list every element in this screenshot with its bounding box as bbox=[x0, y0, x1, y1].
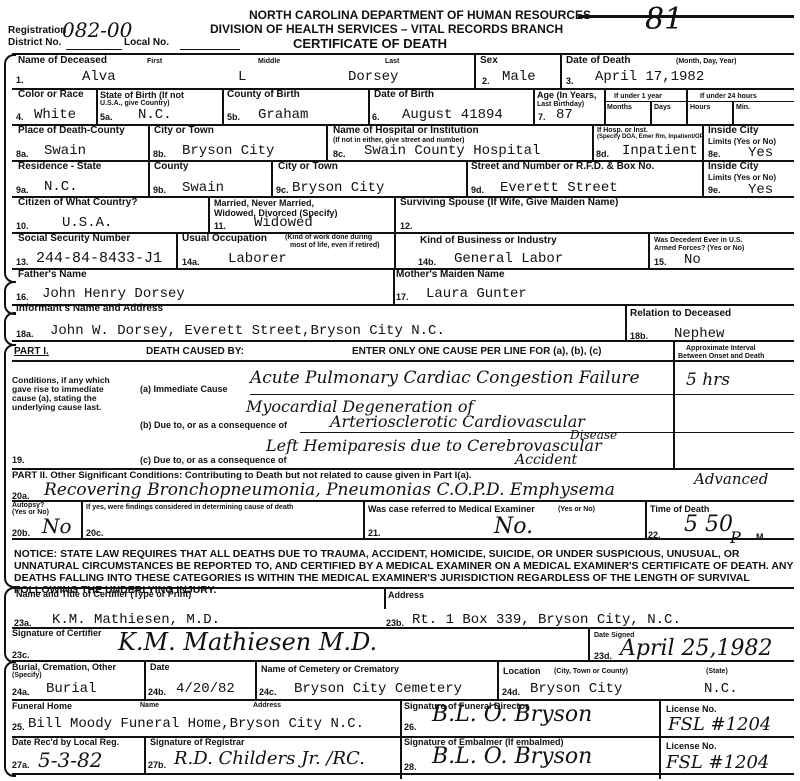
residence-city-value: Bryson City bbox=[292, 181, 384, 195]
race-value: White bbox=[34, 108, 76, 122]
funeral-director-signature: B.L. O. Bryson bbox=[432, 702, 592, 727]
mother-name-value: Laura Gunter bbox=[426, 287, 527, 301]
disposition-value: Burial bbox=[46, 682, 96, 696]
certifier-name-value: K.M. Mathiesen, M.D. bbox=[52, 613, 220, 627]
medical-examiner-value: No. bbox=[494, 514, 533, 539]
death-county-value: Swain bbox=[44, 144, 86, 158]
citizen-value: U.S.A. bbox=[62, 216, 112, 230]
hospital-value: Swain County Hospital bbox=[364, 144, 540, 158]
time-of-death-value: 5 50 bbox=[684, 512, 733, 537]
local-label: Local No. bbox=[124, 38, 169, 48]
county-birth-label: County of Birth bbox=[227, 90, 300, 100]
last-name-value: Dorsey bbox=[348, 70, 398, 84]
cause-b-line2: Arteriosclerotic Cardiovascular bbox=[330, 412, 585, 431]
header-division: DIVISION OF HEALTH SERVICES – VITAL RECO… bbox=[210, 22, 530, 36]
sex-value: Male bbox=[502, 70, 536, 84]
cause-c-line2: Disease bbox=[570, 428, 617, 442]
county-of-birth-value: Graham bbox=[258, 108, 308, 122]
first-name-value: Alva bbox=[82, 70, 116, 84]
residence-county-value: Swain bbox=[182, 181, 224, 195]
other-conditions-value: Recovering Bronchopneumonia, Pneumonias … bbox=[44, 480, 615, 500]
first-label: First bbox=[147, 58, 162, 65]
middle-label: Middle bbox=[258, 58, 280, 65]
autopsy-value: No bbox=[42, 514, 72, 538]
last-label: Last bbox=[385, 58, 399, 65]
date-received-value: 5-3-82 bbox=[38, 748, 102, 772]
district-label: District No. bbox=[8, 38, 61, 48]
director-license-value: FSL #1204 bbox=[668, 714, 771, 735]
certifier-address-value: Rt. 1 Box 339, Bryson City, N.C. bbox=[412, 613, 681, 627]
sex-label: Sex bbox=[480, 56, 498, 66]
residence-state-value: N.C. bbox=[44, 180, 78, 194]
date-signed-value: April 25,1982 bbox=[620, 636, 773, 661]
annotation-number: 81 bbox=[645, 2, 683, 37]
cause-c-line3: Accident bbox=[515, 452, 577, 468]
occupation-value: Laborer bbox=[228, 252, 287, 266]
death-inside-city-value: Yes bbox=[748, 146, 773, 160]
disposition-date-value: 4/20/82 bbox=[176, 682, 235, 696]
middle-name-value: L bbox=[238, 70, 246, 84]
state-of-birth-value: N.C. bbox=[138, 108, 172, 122]
residence-street-value: Everett Street bbox=[500, 181, 618, 195]
relation-value: Nephew bbox=[674, 327, 724, 341]
armed-forces-value: No bbox=[684, 253, 701, 267]
hospital-status-value: Inpatient bbox=[622, 144, 698, 158]
interval-a-value: 5 hrs bbox=[686, 370, 730, 390]
embalmer-signature: B.L. O. Bryson bbox=[432, 744, 592, 769]
age-value: 87 bbox=[556, 108, 573, 122]
marital-status-value: Widowed bbox=[254, 216, 313, 230]
name-label: Name of Deceased bbox=[18, 56, 107, 66]
header-department: NORTH CAROLINA DEPARTMENT OF HUMAN RESOU… bbox=[210, 8, 630, 22]
cemetery-value: Bryson City Cemetery bbox=[294, 682, 462, 696]
dod-label: Date of Death bbox=[566, 56, 630, 66]
informant-value: John W. Dorsey, Everett Street,Bryson Ci… bbox=[50, 324, 445, 338]
ssn-value: 244-84-8433-J1 bbox=[36, 252, 162, 266]
registrar-signature: R.D. Childers Jr. /RC. bbox=[174, 748, 365, 769]
cemetery-location-value: Bryson City bbox=[530, 682, 622, 696]
embalmer-license-value: FSL #1204 bbox=[666, 752, 769, 773]
date-of-birth-value: August 41894 bbox=[402, 108, 503, 122]
industry-value: General Labor bbox=[454, 252, 563, 266]
funeral-home-value: Bill Moody Funeral Home,Bryson City N.C. bbox=[28, 717, 364, 731]
race-label: Color or Race bbox=[18, 90, 84, 100]
cemetery-state-value: N.C. bbox=[704, 682, 738, 696]
district-value: 082-00 bbox=[62, 18, 132, 42]
father-name-value: John Henry Dorsey bbox=[42, 287, 185, 301]
dob-label: Date of Birth bbox=[374, 90, 434, 100]
immediate-cause-value: Acute Pulmonary Cardiac Congestion Failu… bbox=[250, 368, 640, 388]
certifier-signature: K.M. Mathiesen M.D. bbox=[118, 628, 377, 656]
residence-inside-city-value: Yes bbox=[748, 183, 773, 197]
other-conditions-extra: Advanced bbox=[694, 470, 768, 488]
date-of-death-value: April 17,1982 bbox=[595, 70, 704, 84]
registration-label: Registration bbox=[8, 26, 66, 36]
death-city-value: Bryson City bbox=[182, 144, 274, 158]
page-title: CERTIFICATE OF DEATH bbox=[210, 36, 530, 51]
